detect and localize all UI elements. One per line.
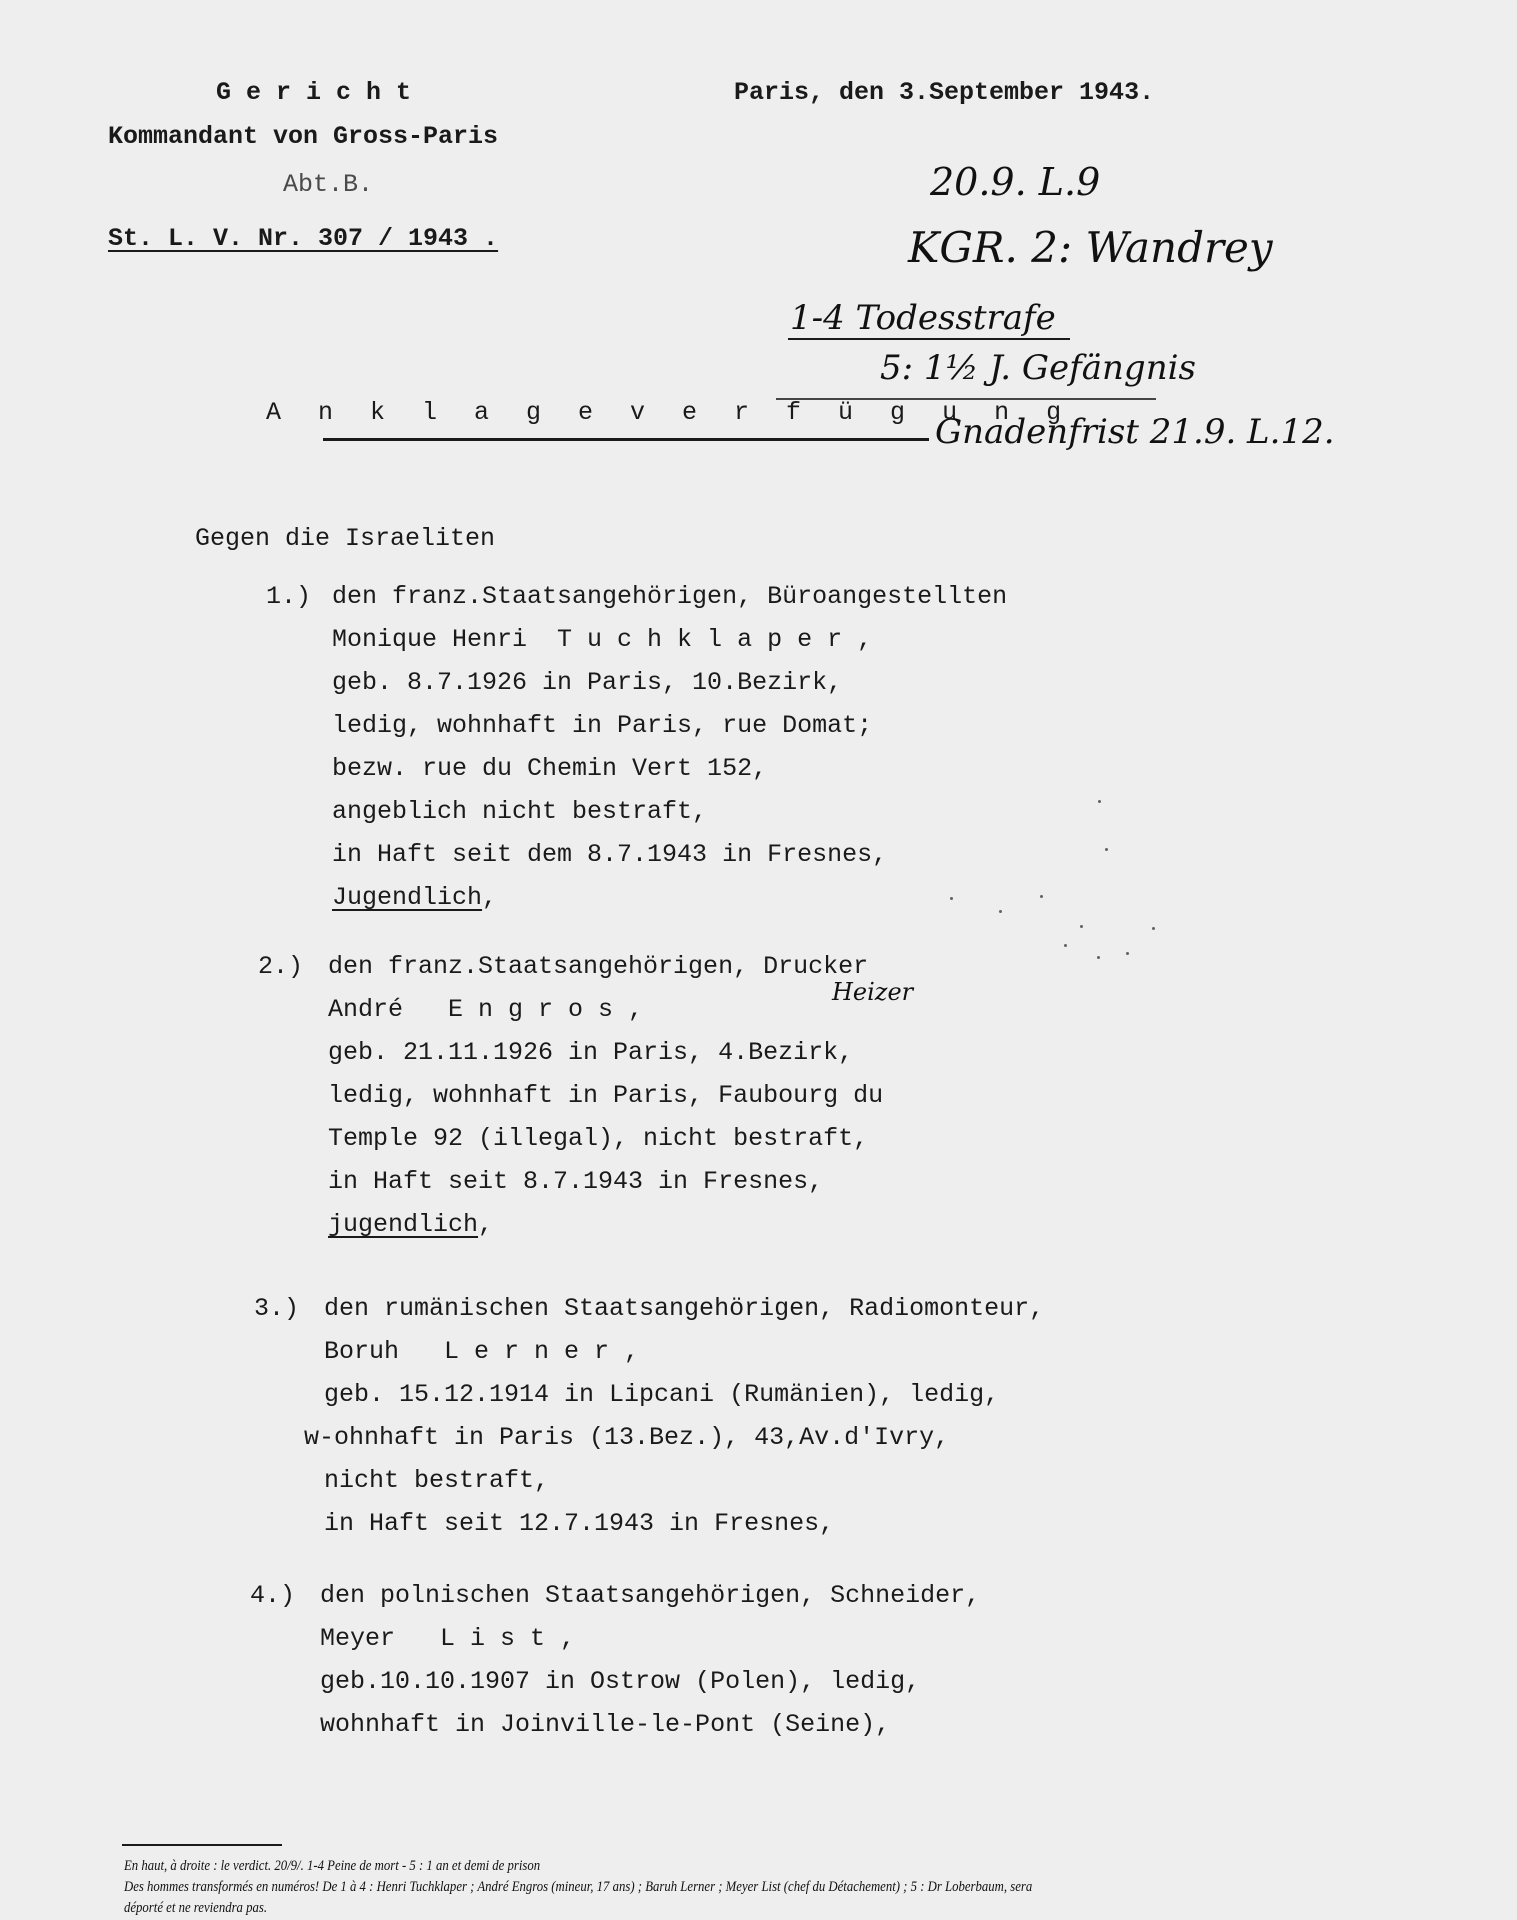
defendant-line: geb.10.10.1907 in Ostrow (Polen), ledig,	[320, 1667, 920, 1697]
defendant-line: den franz.Staatsangehörigen, Drucker	[328, 952, 868, 982]
document-title: A n k l a g e v e r f ü g u n g	[266, 398, 1072, 428]
defendant-line: nicht bestraft,	[324, 1466, 549, 1496]
handwritten-sentence-1-4: 1-4 Todesstrafe	[790, 296, 1056, 340]
juvenile-status: Jugendlich,	[332, 883, 497, 913]
defendant-line: den rumänischen Staatsangehörigen, Radio…	[324, 1294, 1044, 1324]
defendant-line: den franz.Staatsangehörigen, Büroangeste…	[332, 582, 1007, 612]
defendant-number: 1.)	[266, 582, 311, 612]
defendant-line: angeblich nicht bestraft,	[332, 797, 707, 827]
defendant-line: geb. 21.11.1926 in Paris, 4.Bezirk,	[328, 1038, 853, 1068]
defendant-line: in Haft seit 8.7.1943 in Fresnes,	[328, 1167, 823, 1197]
defendant-line: ledig, wohnhaft in Paris, rue Domat;	[332, 711, 872, 741]
title-underline	[323, 438, 929, 441]
defendant-number: 4.)	[250, 1581, 295, 1611]
defendant-number: 3.)	[254, 1294, 299, 1324]
handwritten-court-line: KGR. 2: Wandrey	[908, 226, 1273, 270]
defendant-line: Temple 92 (illegal), nicht bestraft,	[328, 1124, 868, 1154]
juvenile-status-text: jugendlich	[328, 1210, 478, 1239]
handwritten-occupation-correction: Heizer	[832, 978, 913, 1006]
handwritten-underline	[788, 338, 1070, 340]
handwritten-verdict-date: 20.9. L.9	[930, 160, 1100, 204]
defendant-line: in Haft seit 12.7.1943 in Fresnes,	[324, 1509, 834, 1539]
defendant-line: André E n g r o s ,	[328, 995, 643, 1025]
punctuation: ,	[482, 883, 497, 912]
place-date: Paris, den 3.September 1943.	[734, 78, 1154, 108]
punctuation: ,	[478, 1210, 493, 1239]
defendant-line: Meyer L i s t ,	[320, 1624, 575, 1654]
intro-line: Gegen die Israeliten	[195, 524, 495, 554]
defendant-line: ledig, wohnhaft in Paris, Faubourg du	[328, 1081, 883, 1111]
caption-rule	[122, 1844, 282, 1846]
defendant-line: geb. 15.12.1914 in Lipcani (Rumänien), l…	[324, 1380, 999, 1410]
defendant-line: in Haft seit dem 8.7.1943 in Fresnes,	[332, 840, 887, 870]
caption-line-3: déporté et ne reviendra pas.	[124, 1898, 1338, 1919]
caption-line-2: Des hommes transformés en numéros! De 1 …	[124, 1877, 1338, 1898]
defendant-line: geb. 8.7.1926 in Paris, 10.Bezirk,	[332, 668, 842, 698]
defendant-number: 2.)	[258, 952, 303, 982]
caption-line-1: En haut, à droite : le verdict. 20/9/. 1…	[124, 1856, 1338, 1877]
department: Abt.B.	[283, 170, 373, 200]
court-name: G e r i c h t	[216, 78, 411, 108]
defendant-line: bezw. rue du Chemin Vert 152,	[332, 754, 767, 784]
reference-number: St. L. V. Nr. 307 / 1943 .	[108, 224, 498, 254]
defendant-line: Boruh L e r n e r ,	[324, 1337, 639, 1367]
defendant-line: wohnhaft in Joinville-le-Pont (Seine),	[320, 1710, 890, 1740]
defendant-line: w-ohnhaft in Paris (13.Bez.), 43,Av.d'Iv…	[304, 1423, 949, 1453]
defendant-line: den polnischen Staatsangehörigen, Schnei…	[320, 1581, 980, 1611]
defendant-line: Monique Henri T u c h k l a p e r ,	[332, 625, 872, 655]
juvenile-status: jugendlich,	[328, 1210, 493, 1240]
juvenile-status-text: Jugendlich	[332, 883, 482, 912]
caption: En haut, à droite : le verdict. 20/9/. 1…	[124, 1856, 1338, 1919]
issuing-authority: Kommandant von Gross-Paris	[108, 122, 498, 152]
handwritten-sentence-5: 5: 1½ J. Gefängnis	[880, 346, 1196, 390]
